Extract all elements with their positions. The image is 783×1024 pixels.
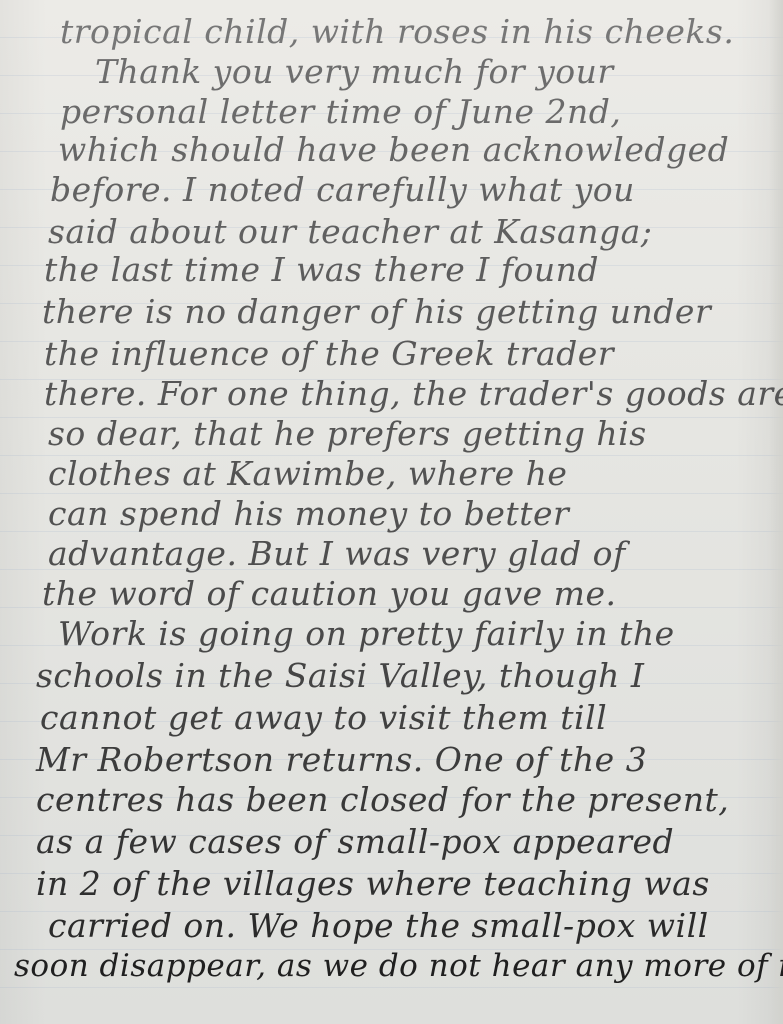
letter-page: tropical child, with roses in his cheeks…: [0, 0, 783, 1024]
handwritten-line: there is no danger of his getting under: [42, 292, 783, 332]
handwritten-line: which should have been acknowledged: [58, 130, 783, 170]
handwritten-line: so dear, that he prefers getting his: [48, 414, 783, 454]
handwritten-line: Mr Robertson returns. One of the 3: [36, 740, 783, 780]
handwritten-line: advantage. But I was very glad of: [48, 534, 783, 574]
handwritten-line: tropical child, with roses in his cheeks…: [60, 12, 783, 52]
handwritten-line: the influence of the Greek trader: [44, 334, 783, 374]
handwritten-line: carried on. We hope the small-pox will: [48, 906, 783, 946]
handwritten-line: cannot get away to visit them till: [40, 698, 783, 738]
handwritten-line: said about our teacher at Kasanga;: [48, 212, 783, 252]
handwritten-line: the word of caution you gave me.: [42, 574, 783, 614]
handwritten-line: schools in the Saisi Valley, though I: [36, 656, 783, 696]
handwritten-line: can spend his money to better: [48, 494, 783, 534]
handwritten-line: centres has been closed for the present,: [36, 780, 783, 820]
handwritten-line: Thank you very much for your: [95, 52, 783, 92]
handwritten-line: clothes at Kawimbe, where he: [48, 454, 783, 494]
handwritten-line: there. For one thing, the trader's goods…: [44, 374, 783, 414]
handwritten-line: Work is going on pretty fairly in the: [58, 614, 783, 654]
handwritten-line: before. I noted carefully what you: [50, 170, 783, 210]
handwritten-line: personal letter time of June 2nd,: [60, 92, 783, 132]
handwritten-line: as a few cases of small-pox appeared: [36, 822, 783, 862]
handwritten-line: the last time I was there I found: [44, 250, 783, 290]
handwritten-line: in 2 of the villages where teaching was: [36, 864, 783, 904]
handwritten-line: soon disappear, as we do not hear any mo…: [14, 946, 783, 986]
